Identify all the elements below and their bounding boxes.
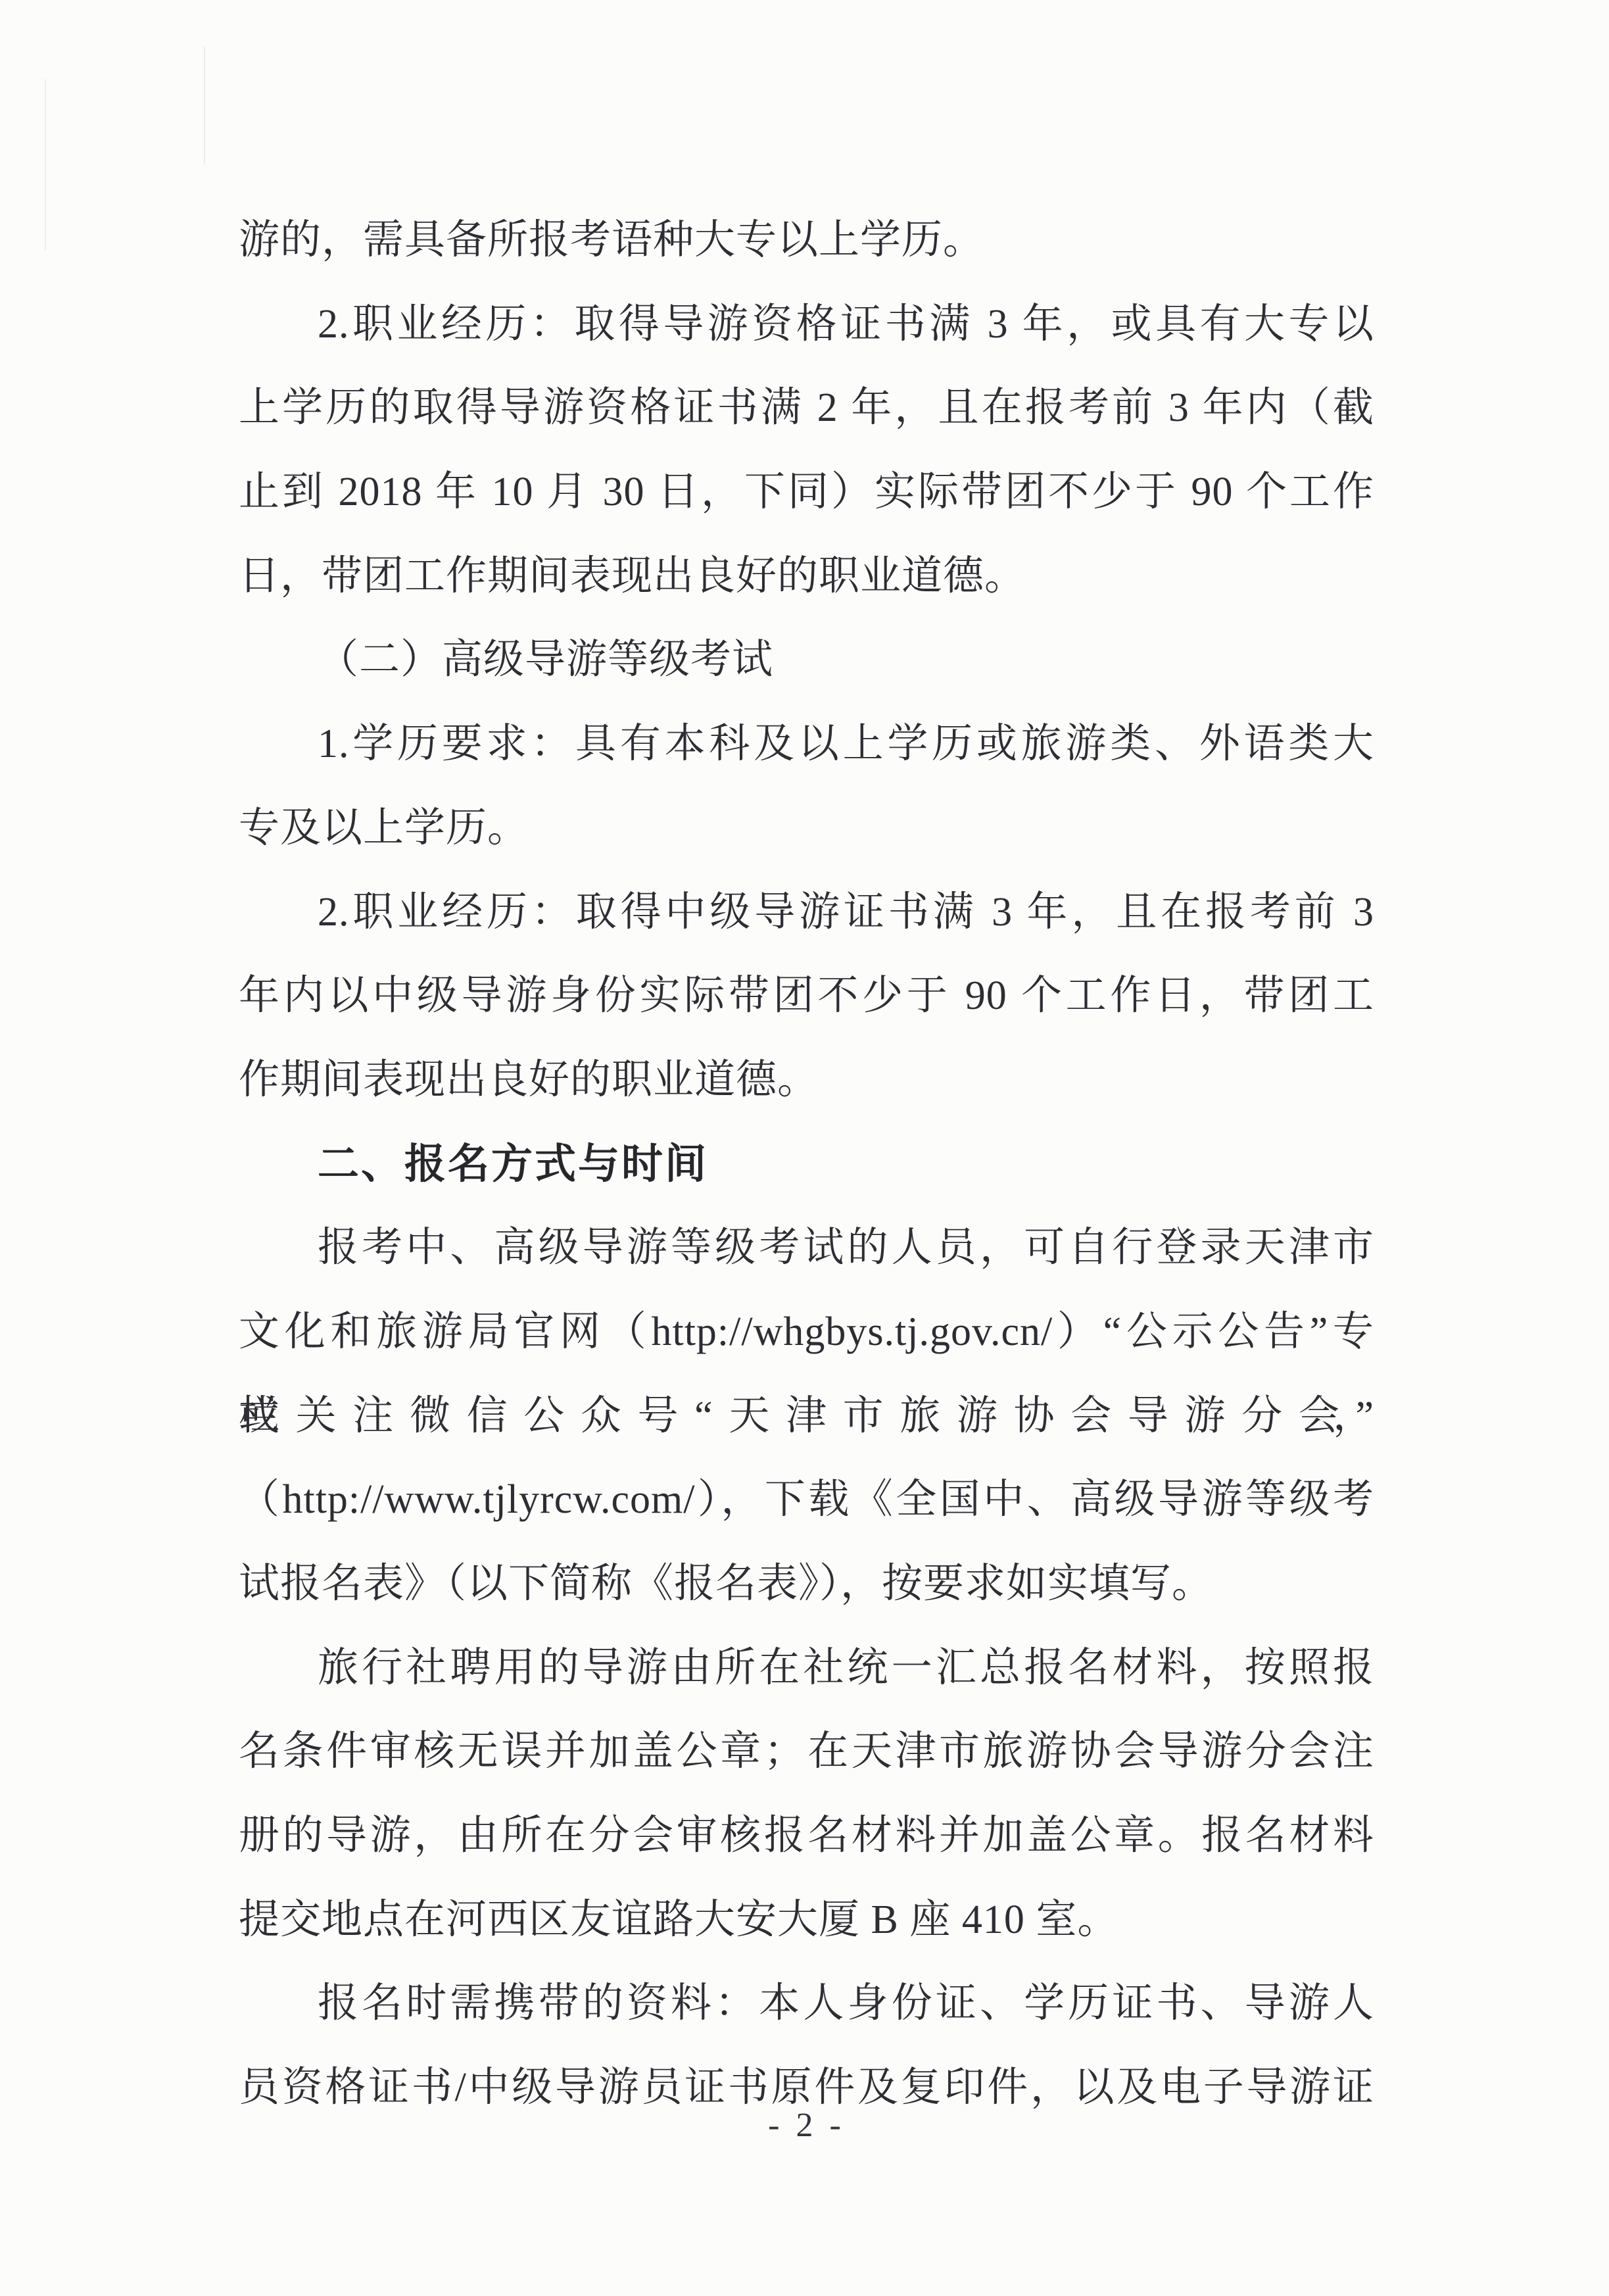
text-line: 试报名表》（以下简称《报名表》），按要求如实填写。: [239, 1542, 1374, 1626]
text-line: 游的，需具备所报考语种大专以上学历。: [239, 199, 1374, 283]
text-line: 册的导游，由所在分会审核报名材料并加盖公章。报名材料: [239, 1794, 1374, 1878]
text-line: 2.职业经历：取得中级导游证书满 3 年，且在报考前 3: [239, 871, 1374, 955]
text-line: 年内以中级导游身份实际带团不少于 90 个工作日，带团工: [239, 954, 1374, 1038]
text-line: 文化和旅游局官网（http://whgbys.tj.gov.cn/）“公示公告”…: [239, 1290, 1374, 1375]
text-line: 报考中、高级导游等级考试的人员，可自行登录天津市: [239, 1206, 1374, 1290]
text-line: 专及以上学历。: [239, 787, 1374, 871]
text-line: 日，带团工作期间表现出良好的职业道德。: [239, 535, 1374, 619]
text-line: 1.学历要求：具有本科及以上学历或旅游类、外语类大: [239, 702, 1374, 787]
document-page: 游的，需具备所报考语种大专以上学历。 2.职业经历：取得导游资格证书满 3 年，…: [0, 0, 1609, 2296]
scan-artifact: [45, 79, 46, 250]
section-heading: 二、报名方式与时间: [239, 1123, 1374, 1207]
text-line: 上学历的取得导游资格证书满 2 年，且在报考前 3 年内（截: [239, 366, 1374, 451]
text-line: 提交地点在河西区友谊路大安大厦 B 座 410 室。: [239, 1878, 1374, 1963]
page-number: - 2 -: [239, 2086, 1374, 2165]
subsection-heading: （二）高级导游等级考试: [239, 618, 1374, 702]
scan-artifact: [204, 46, 205, 164]
text-line: 报名时需携带的资料：本人身份证、学历证书、导游人: [239, 1962, 1374, 2046]
document-body: 游的，需具备所报考语种大专以上学历。 2.职业经历：取得导游资格证书满 3 年，…: [239, 199, 1374, 2130]
text-line: 或关注微信公众号“天津市旅游协会导游分会”: [239, 1375, 1374, 1459]
text-line: 作期间表现出良好的职业道德。: [239, 1038, 1374, 1123]
text-line: （http://www.tjlyrcw.com/），下载《全国中、高级导游等级考: [239, 1458, 1374, 1542]
text-line: 止到 2018 年 10 月 30 日，下同）实际带团不少于 90 个工作: [239, 451, 1374, 535]
text-line: 名条件审核无误并加盖公章；在天津市旅游协会导游分会注: [239, 1710, 1374, 1794]
text-line: 2.职业经历：取得导游资格证书满 3 年，或具有大专以: [239, 283, 1374, 367]
text-line: 旅行社聘用的导游由所在社统一汇总报名材料，按照报: [239, 1626, 1374, 1711]
